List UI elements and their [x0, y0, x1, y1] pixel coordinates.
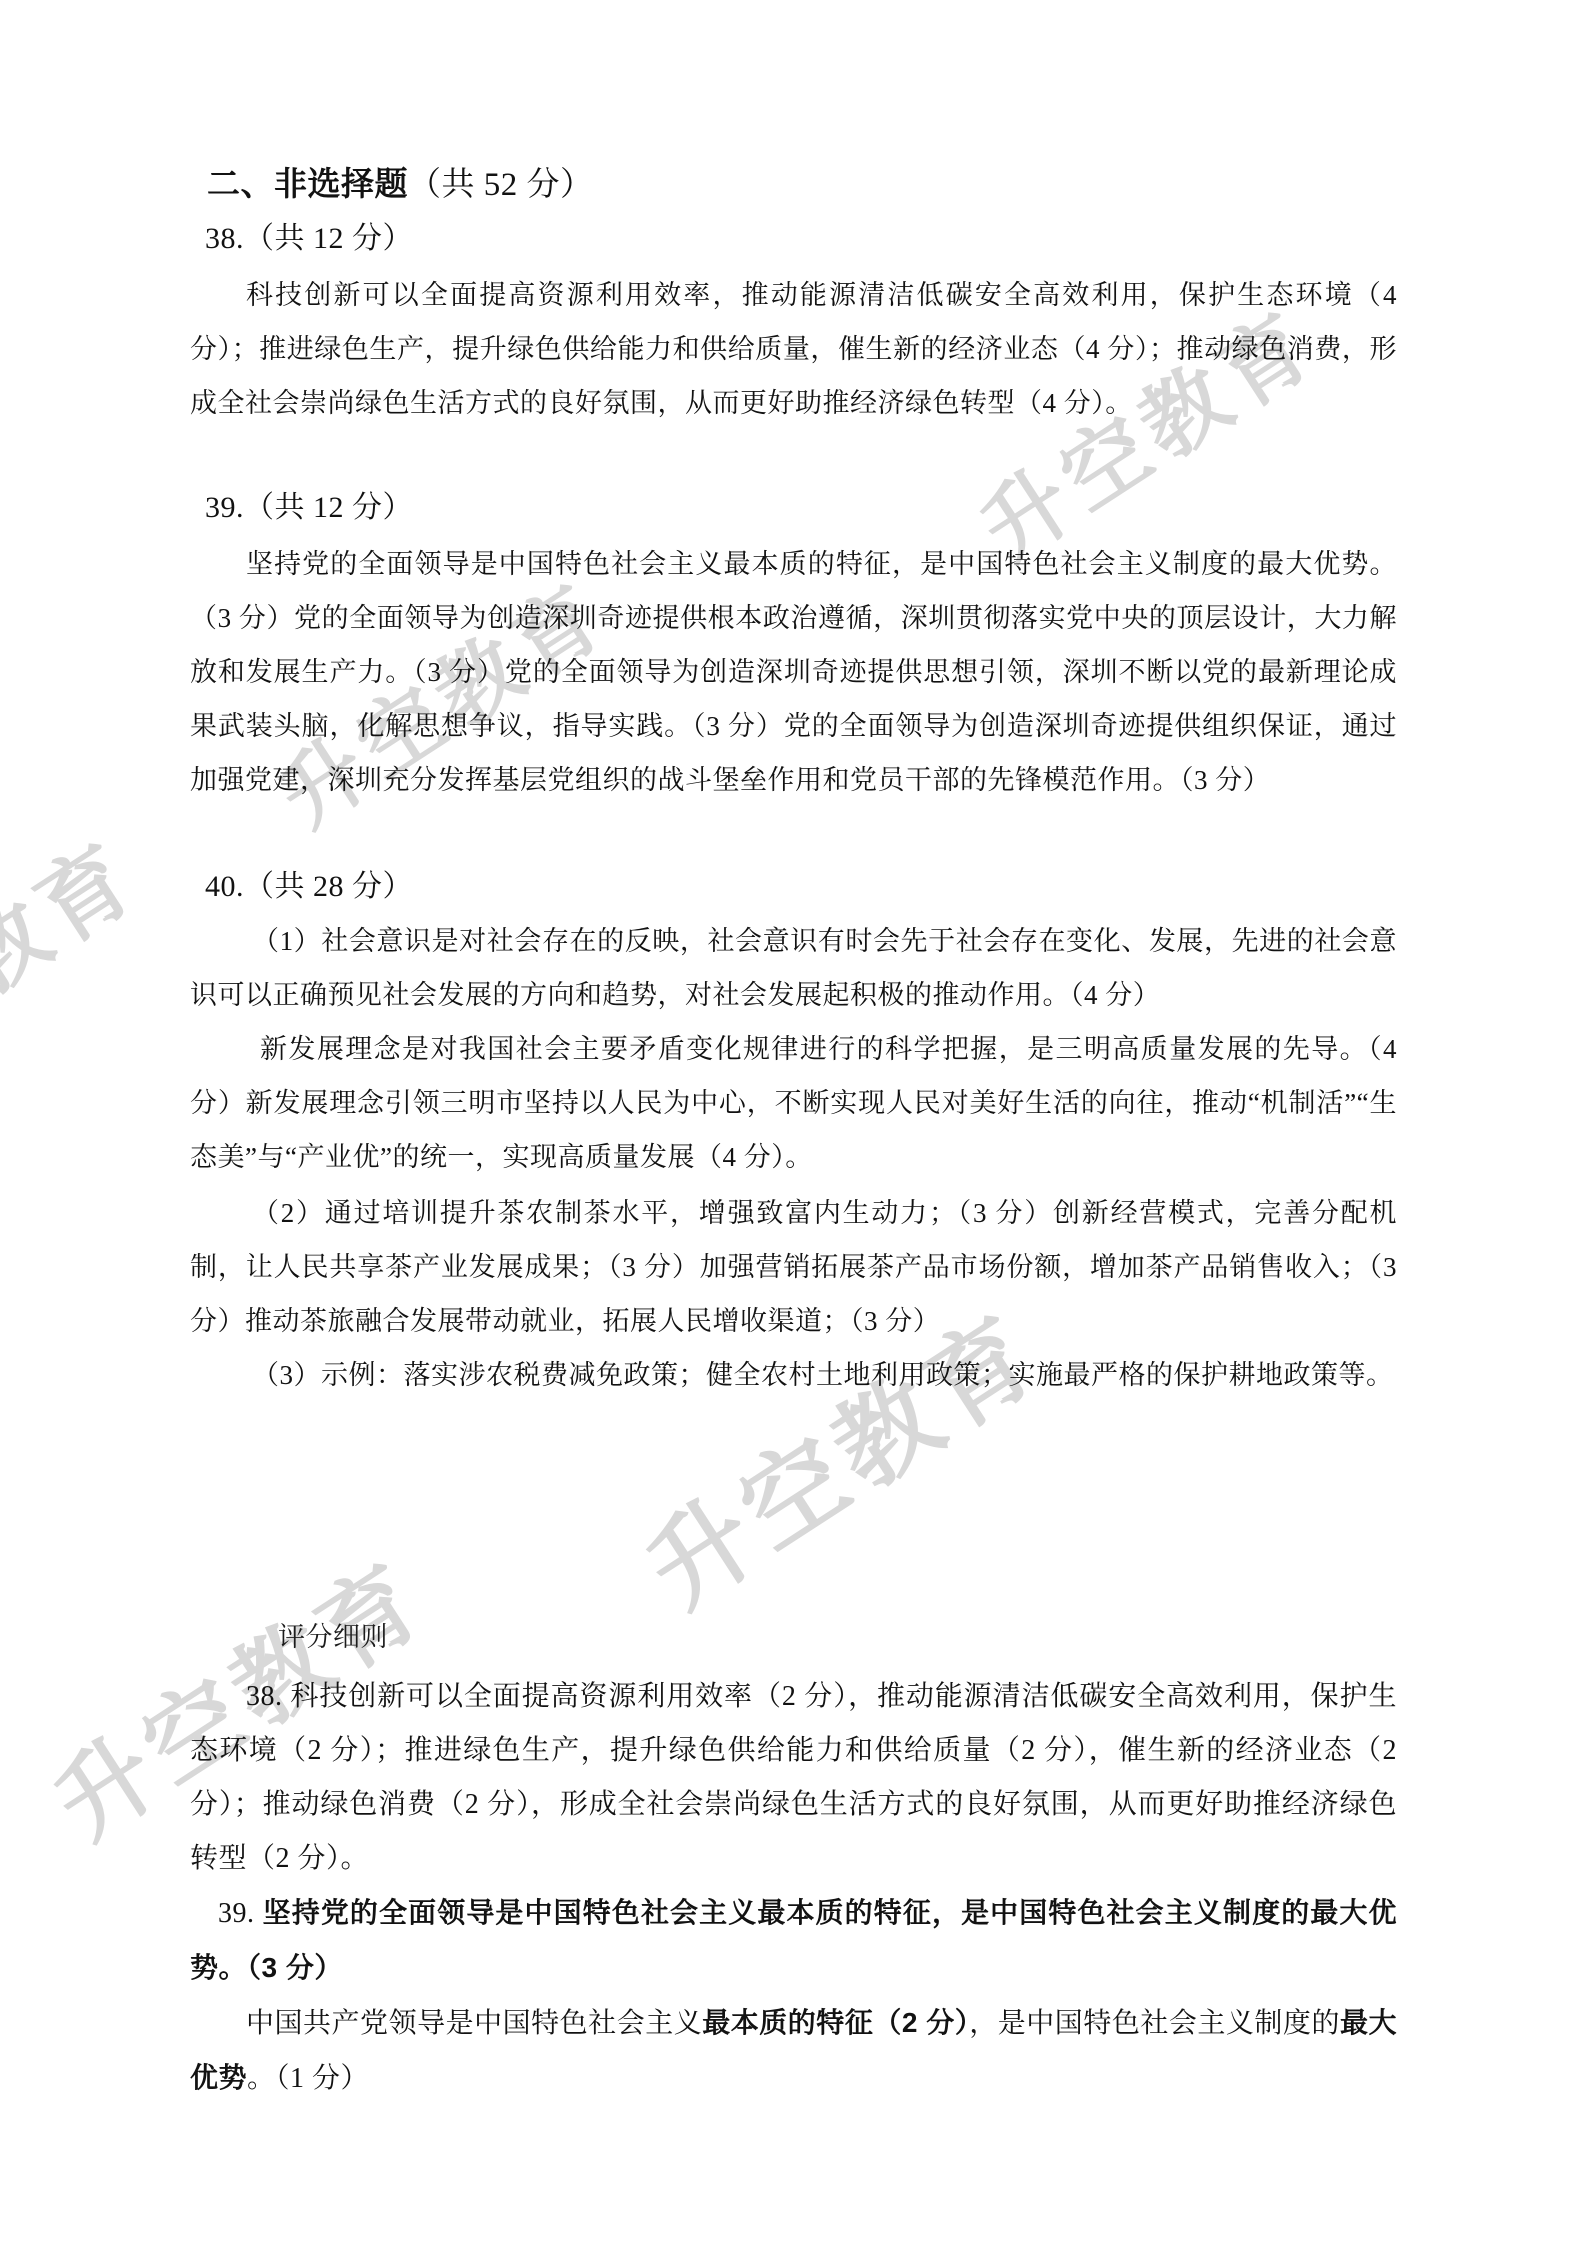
question-38-answer: 科技创新可以全面提高资源利用效率，推动能源清洁低碳安全高效利用，保护生态环境（4… [190, 268, 1397, 430]
question-40-answer-3: （2）通过培训提升茶农制茶水平，增强致富内生动力；（3 分）创新经营模式，完善分… [190, 1186, 1397, 1348]
question-38-title: 38.（共 12 分） [190, 212, 1397, 266]
question-39-answer: 坚持党的全面领导是中国特色社会主义最本质的特征，是中国特色社会主义制度的最大优势… [190, 537, 1397, 807]
question-40-answer-2: 新发展理念是对我国社会主要矛盾变化规律进行的科学把握，是三明高质量发展的先导。（… [190, 1022, 1397, 1184]
question-40-answer-1: （1）社会意识是对社会存在的反映，社会意识有时会先于社会存在变化、发展，先进的社… [190, 914, 1397, 1022]
question-40-title: 40.（共 28 分） [190, 860, 1397, 914]
watermark: 升空教育 [0, 805, 160, 1128]
rubric-detail-39-heading: 39. 坚持党的全面领导是中国特色社会主义最本质的特征，是中国特色社会主义制度的… [190, 1886, 1397, 1996]
rubric-heading: 评分细则 [190, 1610, 1397, 1664]
rubric-detail-39-body: 中国共产党领导是中国特色社会主义最本质的特征（2 分），是中国特色社会主义制度的… [190, 1996, 1397, 2106]
document-page: { "watermark": { "text": "升空教育", "color"… [0, 0, 1587, 2245]
answer-sheet-content: 二、非选择题（共 52 分） 38.（共 12 分） 科技创新可以全面提高资源利… [190, 157, 1397, 2106]
rubric-detail-38: 38. 科技创新可以全面提高资源利用效率（2 分），推动能源清洁低碳安全高效利用… [190, 1670, 1397, 1886]
question-39-title: 39.（共 12 分） [190, 481, 1397, 535]
question-40-answer-4: （3）示例：落实涉农税费减免政策；健全农村土地利用政策；实施最严格的保护耕地政策… [190, 1348, 1397, 1402]
section-heading: 二、非选择题（共 52 分） [190, 157, 1397, 212]
